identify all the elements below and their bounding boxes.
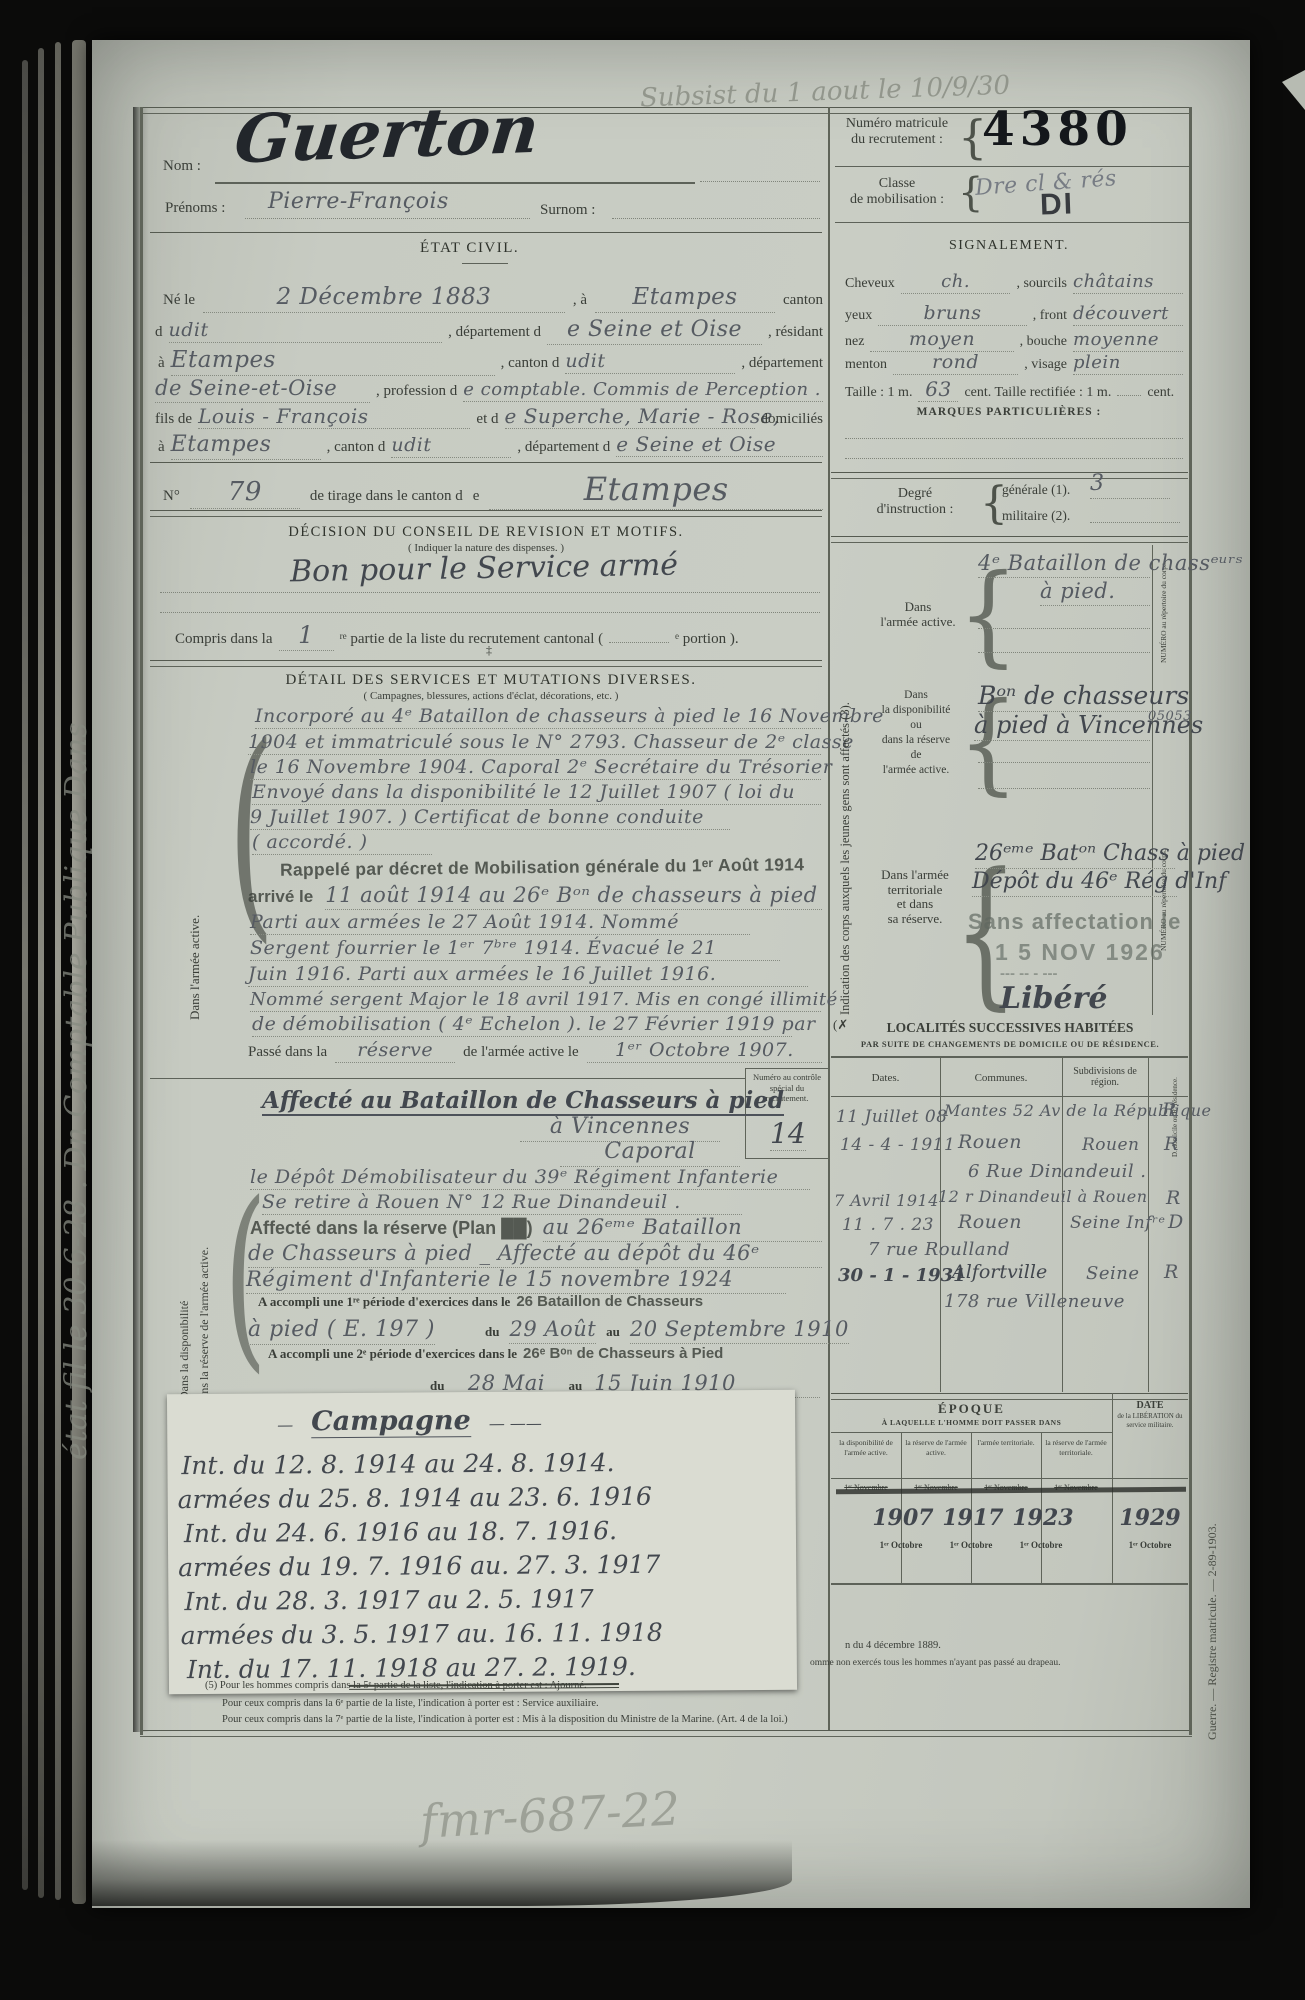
territoriale-value-1: 26ᵉᵐᵉ Batᵒⁿ Chass à pied	[975, 842, 1175, 869]
service-line: Envoyé dans la disponibilité le 12 Juill…	[252, 782, 821, 805]
tirage-separator	[150, 510, 822, 517]
compris-anchor: ‡	[486, 644, 492, 657]
disponibilite-value-2: à pied à Vincennes	[974, 712, 1150, 741]
localites-row-date: 30 - 1 - 1931	[838, 1266, 966, 1286]
classe-stamp: DI	[1039, 187, 1074, 222]
surnom-rule	[612, 218, 820, 219]
periode-1-dates: à pied ( E. 197 ) du 29 Août au 20 Septe…	[248, 1318, 822, 1345]
service-line: le 16 Novembre 1904. Caporal 2ᵉ Secrétai…	[250, 757, 821, 780]
localites-row-commune2: 178 rue Villeneuve	[944, 1292, 1125, 1312]
passe-reserve-line: Passé dans la réserve de l'armée active …	[248, 1040, 822, 1063]
localites-row-commune: Rouen	[958, 1132, 1022, 1153]
campagne-line: Int. du 24. 6. 1916 au 18. 7. 1916.	[184, 1517, 617, 1548]
libere-note: Libéré	[1000, 982, 1107, 1016]
epoque-col-header: la réserve de l'armée active.	[903, 1438, 969, 1458]
control-box-bottom	[745, 1158, 828, 1159]
localites-row-commune2: 7 rue Roulland	[868, 1240, 1010, 1260]
degre-separator	[831, 536, 1188, 543]
nom-rule	[215, 182, 695, 184]
localites-subtitle: PAR SUITE DE CHANGEMENTS DE DOMICILE OU …	[840, 1040, 1180, 1050]
surnom-label: Surnom :	[540, 202, 595, 219]
page-curl	[92, 1840, 792, 1906]
degre-generale: générale (1).	[1002, 482, 1070, 497]
localites-row-commune: Alfortville	[952, 1262, 1047, 1283]
compris-line: Compris dans la 1 ʳᵉ partie de la liste …	[175, 622, 820, 651]
nom-rule-dotted	[700, 181, 820, 182]
affecte-vincennes: à Vincennes	[520, 1115, 720, 1142]
localites-row-commune: Rouen	[958, 1212, 1022, 1233]
affecte-line: de Chasseurs à pied _ Affecté au dépôt d…	[248, 1242, 822, 1268]
page-stack-edge	[38, 48, 44, 1898]
classe-label: Classe de mobilisation :	[838, 176, 956, 207]
epoque-title: ÉPOQUE	[831, 1402, 1112, 1417]
corps-side-label: Indication des corps auxquels les jeunes…	[838, 555, 852, 1015]
disponibilite-num: 05053	[1148, 710, 1192, 725]
epoque-top	[831, 1393, 1188, 1400]
marques-label: MARQUES PARTICULIÈRES :	[830, 406, 1188, 419]
degre-militaire: militaire (2).	[1002, 508, 1070, 523]
epoque-col-header: la réserve de l'armée territoriale.	[1043, 1438, 1109, 1458]
epoque-col-header: la disponibilité de l'armée active.	[833, 1438, 899, 1458]
frame-left	[140, 107, 143, 1735]
tirage-line: N° 79 de tirage dans le canton d e Etamp…	[163, 472, 823, 510]
prenoms-rule	[245, 218, 530, 219]
decision-separator	[150, 660, 822, 667]
degre-label: Degré d'instruction :	[855, 486, 975, 517]
degre-militaire-rule	[1090, 522, 1180, 523]
etat-civil-underline	[462, 263, 508, 264]
page-stack-edge	[22, 60, 28, 1890]
campagne-slip: — Campagne — —— Int. du 12. 8. 1914 au 2…	[167, 1390, 797, 1694]
localites-header-dates: Dates.	[831, 1072, 940, 1084]
matricule-label: Numéro matricule du recrutement :	[838, 116, 956, 147]
signalement-row: menton rond , visage plein	[845, 352, 1183, 375]
document-photo: Subsist du 1 aout le 10/9/30 Nom : Guert…	[0, 0, 1305, 2000]
decision-title: DÉCISION DU CONSEIL DE REVISION ET MOTIF…	[150, 524, 822, 540]
footnote: (5) Pour les hommes compris dans la 5ᵉ p…	[205, 1680, 587, 1692]
control-box-top	[745, 1068, 828, 1069]
armee-active-value-1: 4ᵉ Bataillon de chassᵉᵘʳˢ	[978, 552, 1150, 578]
localites-row-date: 7 Avril 1914	[834, 1192, 939, 1210]
affecte-line: Régiment d'Infanterie le 15 novembre 192…	[246, 1268, 786, 1294]
services-title: DÉTAIL DES SERVICES ET MUTATIONS DIVERSE…	[160, 672, 822, 689]
etat-line-1: Né le 2 Décembre 1883 , à Etampes canton	[163, 285, 823, 313]
campagne-title: Campagne	[311, 1406, 471, 1438]
corps-rule	[978, 652, 1150, 653]
epoque-date-title: DATE	[1112, 1400, 1188, 1411]
footnote: Pour ceux compris dans la 6ᵉ partie de l…	[222, 1698, 599, 1710]
periode-1-line: A accompli une 1ʳᵉ période d'exercices d…	[258, 1294, 822, 1311]
marques-rule2	[845, 458, 1183, 459]
column-divider	[828, 107, 830, 1730]
etat-line-6: à Etampes , canton d udit , département …	[158, 433, 823, 460]
etat-line-4: de Seine-et-Oise , profession d e compta…	[155, 377, 823, 403]
etat-line-2: d udit , département d e Seine et Oise ,…	[155, 318, 823, 345]
affecte-line: le Dépôt Démobilisateur du 39ᵉ Régiment …	[250, 1167, 810, 1190]
epoque-octobre: 1ᵉʳ Octobre	[866, 1540, 936, 1550]
service-line: Nommé sergent Major le 18 avril 1917. Mi…	[250, 990, 821, 1012]
prenoms-label: Prénoms :	[165, 200, 225, 217]
campagne-line: Int. du 28. 3. 1917 au 2. 5. 1917	[184, 1585, 593, 1616]
epoque-date-subtitle: de la LIBÉRATION du service militaire.	[1116, 1412, 1184, 1430]
localites-row-dr: D	[1168, 1212, 1184, 1233]
matricule-rule	[835, 166, 1189, 167]
services-side-label: Dans l'armée active.	[188, 800, 203, 1020]
localites-row-subdiv: Seine Infʳᵉ	[1070, 1214, 1166, 1233]
service-line: Juin 1916. Parti aux armées le 16 Juille…	[248, 964, 808, 987]
footnote: n du 4 décembre 1889.	[845, 1640, 941, 1652]
localites-header-communes: Communes.	[940, 1072, 1062, 1084]
prenoms-value: Pierre-François	[268, 190, 449, 215]
epoque-octobre: 1ᵉʳ Octobre	[1112, 1540, 1188, 1550]
signalement-row: yeux bruns , front découvert	[845, 303, 1183, 326]
header-rule	[150, 232, 822, 238]
taille-row: Taille : 1 m. 63 cent. Taille rectifiée …	[845, 378, 1183, 402]
corps-rule	[978, 762, 1150, 763]
localites-table-top	[831, 1056, 1188, 1058]
classe-rule	[835, 222, 1189, 223]
localites-row-date: 14 - 4 - 1911	[840, 1136, 955, 1155]
epoque-col-header: l'armée territoriale.	[973, 1438, 1039, 1448]
footnote: Pour ceux compris dans la 7ᵉ partie de l…	[222, 1714, 788, 1726]
localites-row-date: 11 . 7 . 23	[842, 1216, 934, 1235]
footnote: omme non exercés tous les hommes n'ayant…	[810, 1658, 1060, 1669]
campagne-line: armées du 19. 7. 1916 au. 27. 3. 1917	[178, 1551, 660, 1582]
service-line: Sergent fourrier le 1ᵉʳ 7ᵇʳᵉ 1914. Évacu…	[250, 938, 780, 961]
decision-value: Bon pour le Service armé	[290, 549, 679, 589]
arrive-line: arrivé le 11 août 1914 au 26ᵉ Bᵒⁿ de cha…	[248, 884, 822, 910]
service-line: ( accordé. )	[252, 832, 432, 855]
affecte-heading: Affecté au Bataillon de Chasseurs à pied	[262, 1088, 784, 1116]
marques-rule1	[845, 438, 1183, 439]
etat-civil-title: ÉTAT CIVIL.	[420, 240, 519, 257]
territoriale-value-2: Dépôt du 46ᵉ Rég d'Inf	[972, 870, 1177, 897]
localites-title: LOCALITÉS SUCCESSIVES HABITÉES	[840, 1020, 1180, 1035]
corps-rule	[978, 628, 1150, 629]
torn-corner	[1282, 70, 1305, 110]
frame-right	[1189, 107, 1192, 1735]
disponibilite-value-1: Bᵒⁿ de chasseurs	[978, 682, 1150, 712]
localites-row-dr: R	[1164, 1262, 1179, 1283]
service-line: 9 Juillet 1907. ) Certificat de bonne co…	[250, 807, 730, 830]
epoque-subheader-rule	[831, 1478, 1188, 1479]
affecte-line: Se retire à Rouen N° 12 Rue Dinandeuil .	[262, 1192, 742, 1215]
epoque-bottom	[831, 1583, 1188, 1585]
service-line: Incorporé au 4ᵉ Bataillon de chasseurs à…	[255, 706, 821, 729]
decision-rule1	[160, 592, 820, 593]
localites-row-subdiv: Rouen	[1082, 1136, 1140, 1155]
affecte-stamp-line: Affecté dans la réserve (Plan ██) au 26ᵉ…	[250, 1216, 822, 1242]
localites-header-rule	[831, 1096, 1188, 1097]
epoque-subtitle: À LAQUELLE L'HOMME DOIT PASSER DANS	[831, 1419, 1112, 1427]
epoque-octobre: 1ᵉʳ Octobre	[1006, 1540, 1076, 1550]
etat-line-5: fils de Louis - François et d e Superche…	[155, 405, 823, 429]
localites-row-commune: 12 r Dinandeuil à Rouen	[938, 1188, 1148, 1206]
armee-active-value-2: à pied.	[1040, 580, 1150, 606]
epoque-octobre: 1ᵉʳ Octobre	[936, 1540, 1006, 1550]
campagne-line: Int. du 12. 8. 1914 au 24. 8. 1914.	[181, 1449, 614, 1480]
corps-rule	[978, 788, 1150, 789]
localites-header-subdiv: Subdivisions de région.	[1062, 1066, 1148, 1088]
nom-label: Nom :	[163, 158, 201, 175]
epoque-year: 1907	[868, 1506, 938, 1531]
matricule-value: 4380	[982, 104, 1133, 157]
decision-rule2	[160, 612, 820, 613]
epoque-year: 1917	[938, 1506, 1008, 1531]
etat-separator	[150, 462, 822, 468]
localites-row-date: 11 Juillet 08	[836, 1108, 948, 1127]
etat-line-3: à Etampes , canton d udit , département	[158, 348, 823, 376]
periode-2-line: A accompli une 2ᵉ période d'exercices da…	[268, 1346, 822, 1363]
localites-row-dr: R	[1164, 1134, 1179, 1155]
sans-affectation-stamp: Sans affectation le	[968, 910, 1181, 935]
localites-row-subdiv: Seine	[1086, 1264, 1140, 1284]
localites-row-commune2: 6 Rue Dinandeuil .	[968, 1162, 1147, 1182]
degre-generale-value: 3	[1090, 472, 1170, 499]
affecte-side-label-2: ou dans la réserve de l'armée active.	[198, 1120, 211, 1420]
frame-bottom	[140, 1730, 1192, 1737]
affecte-caporal: Caporal	[560, 1140, 740, 1167]
affecte-side-label-1: Dans la disponibilité	[178, 1140, 191, 1400]
nom-value: Guerton	[231, 93, 542, 178]
signalement-row: Cheveux ch. , sourcils châtains	[845, 272, 1183, 294]
epoque-year: 1929	[1112, 1506, 1188, 1531]
sans-affectation-date-stamp: 1 5 NOV 1926	[995, 940, 1165, 966]
campagne-line: armées du 25. 8. 1914 au 23. 6. 1916	[178, 1483, 652, 1514]
signalement-row: nez moyen , bouche moyenne	[845, 329, 1183, 352]
localites-row-dr: R	[1166, 1188, 1181, 1209]
control-box-value: 14	[770, 1118, 806, 1151]
right-edge-imprint: Guerre. — Registre matricule. — 2-89-190…	[1206, 1400, 1219, 1740]
localites-row-dr: R	[1162, 1100, 1177, 1121]
campagne-line: armées du 3. 5. 1917 au. 16. 11. 1918	[181, 1619, 663, 1650]
service-line: de démobilisation ( 4ᵉ Echelon ). le 27 …	[252, 1014, 792, 1037]
service-line: Parti aux armées le 27 Août 1914. Nommé	[250, 912, 750, 935]
signalement-title: SIGNALEMENT.	[830, 238, 1188, 254]
epoque-year: 1923	[1008, 1506, 1078, 1531]
section-divider	[150, 1078, 745, 1079]
armee-active-label: Dans l'armée active.	[868, 600, 968, 629]
campagne-title-row: — Campagne — ——	[277, 1406, 542, 1439]
service-line: 1904 et immatriculé sous le N° 2793. Cha…	[248, 732, 821, 755]
left-margin-pencil-note: état fil le 30-6-28 . Dn Comptable Publi…	[60, 440, 94, 1460]
